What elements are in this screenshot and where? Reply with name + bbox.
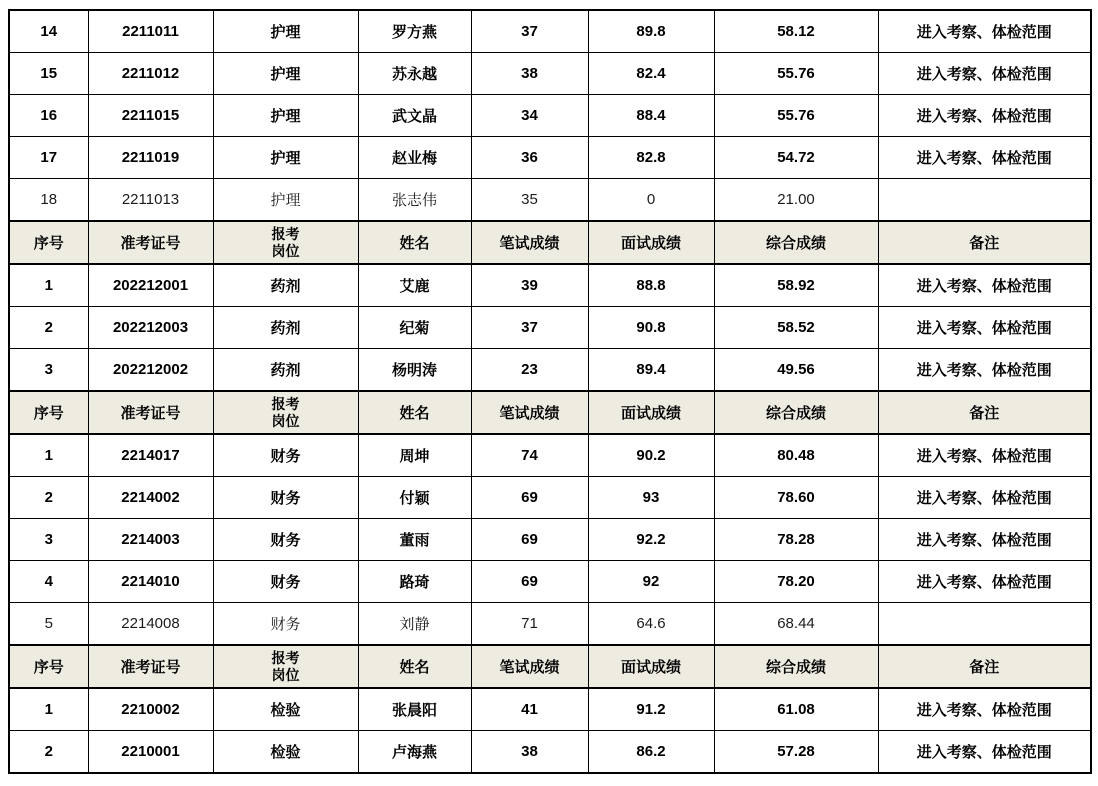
- cell-interview-score: 89.8: [588, 10, 714, 53]
- cell-overall-score: 58.52: [714, 307, 878, 349]
- cell-overall-score: 68.44: [714, 603, 878, 646]
- cell-overall-score: 21.00: [714, 179, 878, 222]
- cell-interview-score: 92.2: [588, 519, 714, 561]
- page: 142211011护理罗方燕3789.858.12进入考察、体检范围152211…: [0, 0, 1098, 786]
- cell-seq: 18: [9, 179, 88, 222]
- cell-overall-score: 55.76: [714, 95, 878, 137]
- cell-remark: 进入考察、体检范围: [878, 137, 1091, 179]
- cell-seq: 2: [9, 307, 88, 349]
- cell-seq: 16: [9, 95, 88, 137]
- cell-interview-score: 90.2: [588, 434, 714, 477]
- header-cell-position: 报考岗位: [213, 645, 358, 688]
- cell-name: 周坤: [358, 434, 471, 477]
- cell-overall-score: 49.56: [714, 349, 878, 392]
- cell-seq: 5: [9, 603, 88, 646]
- cell-written-score: 69: [471, 477, 588, 519]
- cell-interview-score: 91.2: [588, 688, 714, 731]
- cell-position: 护理: [213, 179, 358, 222]
- cell-remark: [878, 603, 1091, 646]
- header-cell-interview: 面试成绩: [588, 221, 714, 264]
- cell-ticket: 202212001: [88, 264, 213, 307]
- header-cell-name: 姓名: [358, 391, 471, 434]
- cell-written-score: 39: [471, 264, 588, 307]
- cell-ticket: 2210002: [88, 688, 213, 731]
- header-position-line2: 岗位: [216, 243, 356, 260]
- header-cell-written: 笔试成绩: [471, 391, 588, 434]
- cell-seq: 17: [9, 137, 88, 179]
- cell-remark: 进入考察、体检范围: [878, 688, 1091, 731]
- cell-name: 路琦: [358, 561, 471, 603]
- table-row: 42214010财务路琦699278.20进入考察、体检范围: [9, 561, 1091, 603]
- cell-interview-score: 82.4: [588, 53, 714, 95]
- cell-seq: 14: [9, 10, 88, 53]
- header-cell-overall: 综合成绩: [714, 645, 878, 688]
- cell-ticket: 2210001: [88, 731, 213, 774]
- table-row: 172211019护理赵业梅3682.854.72进入考察、体检范围: [9, 137, 1091, 179]
- cell-interview-score: 0: [588, 179, 714, 222]
- header-cell-seq: 序号: [9, 221, 88, 264]
- header-position-line1: 报考: [216, 650, 356, 667]
- cell-seq: 1: [9, 434, 88, 477]
- cell-position: 药剂: [213, 307, 358, 349]
- cell-ticket: 2211013: [88, 179, 213, 222]
- header-position-line2: 岗位: [216, 413, 356, 430]
- header-cell-name: 姓名: [358, 221, 471, 264]
- cell-ticket: 2211019: [88, 137, 213, 179]
- header-cell-ticket: 准考证号: [88, 645, 213, 688]
- cell-ticket: 202212002: [88, 349, 213, 392]
- cell-ticket: 2214003: [88, 519, 213, 561]
- table-row: 32214003财务董雨6992.278.28进入考察、体检范围: [9, 519, 1091, 561]
- cell-position: 检验: [213, 731, 358, 774]
- cell-remark: 进入考察、体检范围: [878, 434, 1091, 477]
- cell-name: 武文晶: [358, 95, 471, 137]
- table-row: 12214017财务周坤7490.280.48进入考察、体检范围: [9, 434, 1091, 477]
- header-cell-remark: 备注: [878, 221, 1091, 264]
- table-row: 152211012护理苏永越3882.455.76进入考察、体检范围: [9, 53, 1091, 95]
- header-cell-seq: 序号: [9, 645, 88, 688]
- cell-name: 刘静: [358, 603, 471, 646]
- cell-interview-score: 86.2: [588, 731, 714, 774]
- table-row: 2202212003药剂纪菊3790.858.52进入考察、体检范围: [9, 307, 1091, 349]
- cell-seq: 2: [9, 731, 88, 774]
- cell-position: 护理: [213, 10, 358, 53]
- cell-position: 财务: [213, 477, 358, 519]
- cell-seq: 1: [9, 264, 88, 307]
- cell-seq: 1: [9, 688, 88, 731]
- cell-seq: 3: [9, 519, 88, 561]
- cell-name: 纪菊: [358, 307, 471, 349]
- cell-seq: 15: [9, 53, 88, 95]
- header-position-line2: 岗位: [216, 667, 356, 684]
- cell-written-score: 38: [471, 731, 588, 774]
- cell-ticket: 2214010: [88, 561, 213, 603]
- table-row: 12210002检验张晨阳4191.261.08进入考察、体检范围: [9, 688, 1091, 731]
- table-row: 182211013护理张志伟35021.00: [9, 179, 1091, 222]
- cell-ticket: 2214002: [88, 477, 213, 519]
- table-row: 52214008财务刘静7164.668.44: [9, 603, 1091, 646]
- header-position-line1: 报考: [216, 226, 356, 243]
- cell-overall-score: 78.60: [714, 477, 878, 519]
- cell-position: 药剂: [213, 264, 358, 307]
- cell-interview-score: 82.8: [588, 137, 714, 179]
- cell-name: 董雨: [358, 519, 471, 561]
- header-cell-position: 报考岗位: [213, 221, 358, 264]
- cell-position: 财务: [213, 561, 358, 603]
- cell-overall-score: 78.28: [714, 519, 878, 561]
- cell-position: 财务: [213, 603, 358, 646]
- cell-written-score: 38: [471, 53, 588, 95]
- header-cell-position: 报考岗位: [213, 391, 358, 434]
- cell-seq: 4: [9, 561, 88, 603]
- cell-name: 罗方燕: [358, 10, 471, 53]
- cell-remark: 进入考察、体检范围: [878, 307, 1091, 349]
- exam-results-table: 142211011护理罗方燕3789.858.12进入考察、体检范围152211…: [8, 9, 1092, 774]
- cell-interview-score: 64.6: [588, 603, 714, 646]
- cell-name: 张晨阳: [358, 688, 471, 731]
- cell-written-score: 23: [471, 349, 588, 392]
- table-row: 1202212001药剂艾鹿3988.858.92进入考察、体检范围: [9, 264, 1091, 307]
- cell-overall-score: 57.28: [714, 731, 878, 774]
- cell-position: 护理: [213, 53, 358, 95]
- cell-remark: 进入考察、体检范围: [878, 561, 1091, 603]
- table-header-row: 序号准考证号报考岗位姓名笔试成绩面试成绩综合成绩备注: [9, 391, 1091, 434]
- header-cell-ticket: 准考证号: [88, 391, 213, 434]
- cell-written-score: 34: [471, 95, 588, 137]
- cell-position: 财务: [213, 519, 358, 561]
- cell-ticket: 2211012: [88, 53, 213, 95]
- cell-remark: 进入考察、体检范围: [878, 519, 1091, 561]
- cell-interview-score: 89.4: [588, 349, 714, 392]
- cell-written-score: 36: [471, 137, 588, 179]
- cell-written-score: 69: [471, 519, 588, 561]
- cell-ticket: 2214017: [88, 434, 213, 477]
- header-cell-written: 笔试成绩: [471, 221, 588, 264]
- table-row: 3202212002药剂杨明涛2389.449.56进入考察、体检范围: [9, 349, 1091, 392]
- cell-ticket: 202212003: [88, 307, 213, 349]
- header-cell-interview: 面试成绩: [588, 391, 714, 434]
- cell-ticket: 2211015: [88, 95, 213, 137]
- cell-ticket: 2211011: [88, 10, 213, 53]
- cell-position: 财务: [213, 434, 358, 477]
- cell-interview-score: 93: [588, 477, 714, 519]
- header-cell-ticket: 准考证号: [88, 221, 213, 264]
- header-cell-written: 笔试成绩: [471, 645, 588, 688]
- cell-overall-score: 58.92: [714, 264, 878, 307]
- header-cell-remark: 备注: [878, 391, 1091, 434]
- cell-ticket: 2214008: [88, 603, 213, 646]
- table-row: 162211015护理武文晶3488.455.76进入考察、体检范围: [9, 95, 1091, 137]
- cell-name: 卢海燕: [358, 731, 471, 774]
- cell-remark: 进入考察、体检范围: [878, 95, 1091, 137]
- header-cell-overall: 综合成绩: [714, 221, 878, 264]
- cell-name: 艾鹿: [358, 264, 471, 307]
- cell-remark: 进入考察、体检范围: [878, 10, 1091, 53]
- cell-remark: [878, 179, 1091, 222]
- table-header-row: 序号准考证号报考岗位姓名笔试成绩面试成绩综合成绩备注: [9, 221, 1091, 264]
- cell-overall-score: 55.76: [714, 53, 878, 95]
- cell-written-score: 69: [471, 561, 588, 603]
- cell-overall-score: 80.48: [714, 434, 878, 477]
- cell-name: 赵业梅: [358, 137, 471, 179]
- header-cell-overall: 综合成绩: [714, 391, 878, 434]
- cell-written-score: 71: [471, 603, 588, 646]
- cell-name: 张志伟: [358, 179, 471, 222]
- table-row: 22210001检验卢海燕3886.257.28进入考察、体检范围: [9, 731, 1091, 774]
- cell-seq: 2: [9, 477, 88, 519]
- table-row: 142211011护理罗方燕3789.858.12进入考察、体检范围: [9, 10, 1091, 53]
- table-row: 22214002财务付颖699378.60进入考察、体检范围: [9, 477, 1091, 519]
- cell-position: 护理: [213, 137, 358, 179]
- cell-written-score: 41: [471, 688, 588, 731]
- header-cell-interview: 面试成绩: [588, 645, 714, 688]
- cell-interview-score: 88.8: [588, 264, 714, 307]
- cell-overall-score: 58.12: [714, 10, 878, 53]
- cell-overall-score: 78.20: [714, 561, 878, 603]
- cell-overall-score: 54.72: [714, 137, 878, 179]
- cell-interview-score: 90.8: [588, 307, 714, 349]
- cell-name: 苏永越: [358, 53, 471, 95]
- cell-interview-score: 92: [588, 561, 714, 603]
- header-position-line1: 报考: [216, 396, 356, 413]
- cell-written-score: 37: [471, 307, 588, 349]
- table-header-row: 序号准考证号报考岗位姓名笔试成绩面试成绩综合成绩备注: [9, 645, 1091, 688]
- cell-interview-score: 88.4: [588, 95, 714, 137]
- cell-remark: 进入考察、体检范围: [878, 477, 1091, 519]
- cell-remark: 进入考察、体检范围: [878, 53, 1091, 95]
- cell-remark: 进入考察、体检范围: [878, 264, 1091, 307]
- header-cell-remark: 备注: [878, 645, 1091, 688]
- cell-remark: 进入考察、体检范围: [878, 349, 1091, 392]
- cell-written-score: 35: [471, 179, 588, 222]
- cell-seq: 3: [9, 349, 88, 392]
- cell-position: 药剂: [213, 349, 358, 392]
- cell-remark: 进入考察、体检范围: [878, 731, 1091, 774]
- cell-position: 护理: [213, 95, 358, 137]
- cell-position: 检验: [213, 688, 358, 731]
- cell-name: 杨明涛: [358, 349, 471, 392]
- cell-written-score: 37: [471, 10, 588, 53]
- cell-written-score: 74: [471, 434, 588, 477]
- header-cell-name: 姓名: [358, 645, 471, 688]
- cell-name: 付颖: [358, 477, 471, 519]
- header-cell-seq: 序号: [9, 391, 88, 434]
- cell-overall-score: 61.08: [714, 688, 878, 731]
